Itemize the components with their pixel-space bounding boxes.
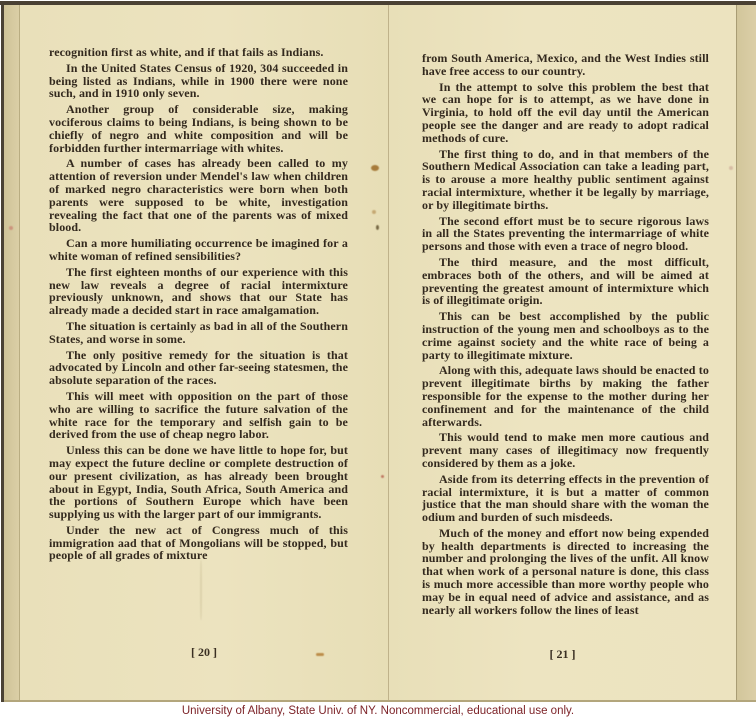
paragraph: The third measure, and the most difficul… [422,256,709,307]
paragraph: The second effort must be to secure rigo… [422,215,709,253]
paragraph: The situation is certainly as bad in all… [49,320,348,346]
page-right: from South America, Mexico, and the West… [389,5,736,700]
paragraph: A number of cases has already been calle… [49,157,348,234]
paragraph: This will meet with opposition on the pa… [49,390,348,441]
book-scan: recognition first as white, and if that … [0,0,756,702]
page-edge-stack-left [4,5,20,702]
foxing-spot [381,475,384,478]
foxing-spot [316,653,324,656]
foxing-spot [9,226,13,230]
attribution-caption: University of Albany, State Univ. of NY.… [182,702,574,720]
page-left-number: [ 20 ] [20,645,388,660]
paragraph: In the attempt to solve this problem the… [422,81,709,145]
paragraph: This can be best accomplished by the pub… [422,310,709,361]
paragraph: The first thing to do, and in that membe… [422,148,709,212]
page-left: recognition first as white, and if that … [20,5,388,700]
paper-crease [200,560,202,620]
paragraph: from South America, Mexico, and the West… [422,52,709,78]
paragraph: The only positive remedy for the situati… [49,349,348,387]
paragraph: Along with this, adequate laws should be… [422,364,709,428]
page-left-text: recognition first as white, and if that … [49,46,348,646]
paragraph: recognition first as white, and if that … [49,46,348,59]
foxing-spot [729,166,733,170]
foxing-spot [371,165,379,171]
foxing-spot [372,210,376,214]
page-edge-stack-right [736,5,756,702]
paragraph: Much of the money and effort now being e… [422,527,709,617]
paragraph: Under the new act of Congress much of th… [49,524,348,562]
foxing-spot [376,225,379,230]
attribution-bar: University of Albany, State Univ. of NY.… [0,702,756,720]
paragraph: Can a more humiliating occurrence be ima… [49,237,348,263]
paragraph: This would tend to make men more cautiou… [422,431,709,469]
paragraph: Aside from its deterring effects in the … [422,473,709,524]
page-right-text: from South America, Mexico, and the West… [422,52,709,648]
page-right-number: [ 21 ] [389,647,736,662]
paragraph: Another group of considerable size, maki… [49,103,348,154]
paragraph: The first eighteen months of our experie… [49,266,348,317]
paragraph: In the United States Census of 1920, 304… [49,62,348,100]
paragraph: Unless this can be done we have little t… [49,444,348,521]
